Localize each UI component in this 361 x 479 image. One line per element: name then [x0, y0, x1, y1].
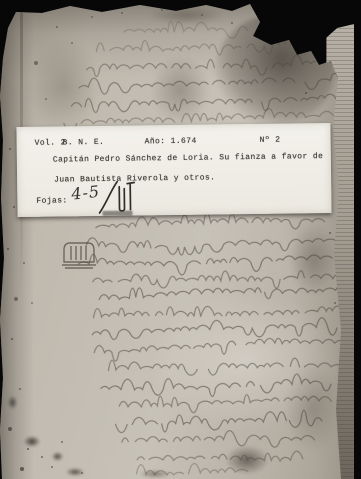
label-number: Nº 2: [260, 136, 281, 145]
label-archive: B. N. E.: [63, 138, 105, 148]
catalog-label: Vol. 2 B. N. E. Año: 1.674 Nº 2 Capitán …: [16, 123, 331, 217]
label-title-line1: Capitán Pedro Sánchez de Loria. Su fianz…: [53, 152, 324, 165]
archival-photo: Vol. 2 B. N. E. Año: 1.674 Nº 2 Capitán …: [0, 0, 361, 479]
label-fojas: Fojas:: [36, 196, 67, 205]
manuscript-page: [0, 0, 361, 479]
paper-speckles: [0, 0, 2, 2]
manuscript-handwriting: [0, 0, 361, 479]
label-year: Año: 1.674: [145, 137, 197, 147]
stamp-smudge: [103, 211, 133, 216]
archive-stamp-icon: [60, 238, 98, 274]
label-volume: Vol. 2: [35, 138, 66, 147]
